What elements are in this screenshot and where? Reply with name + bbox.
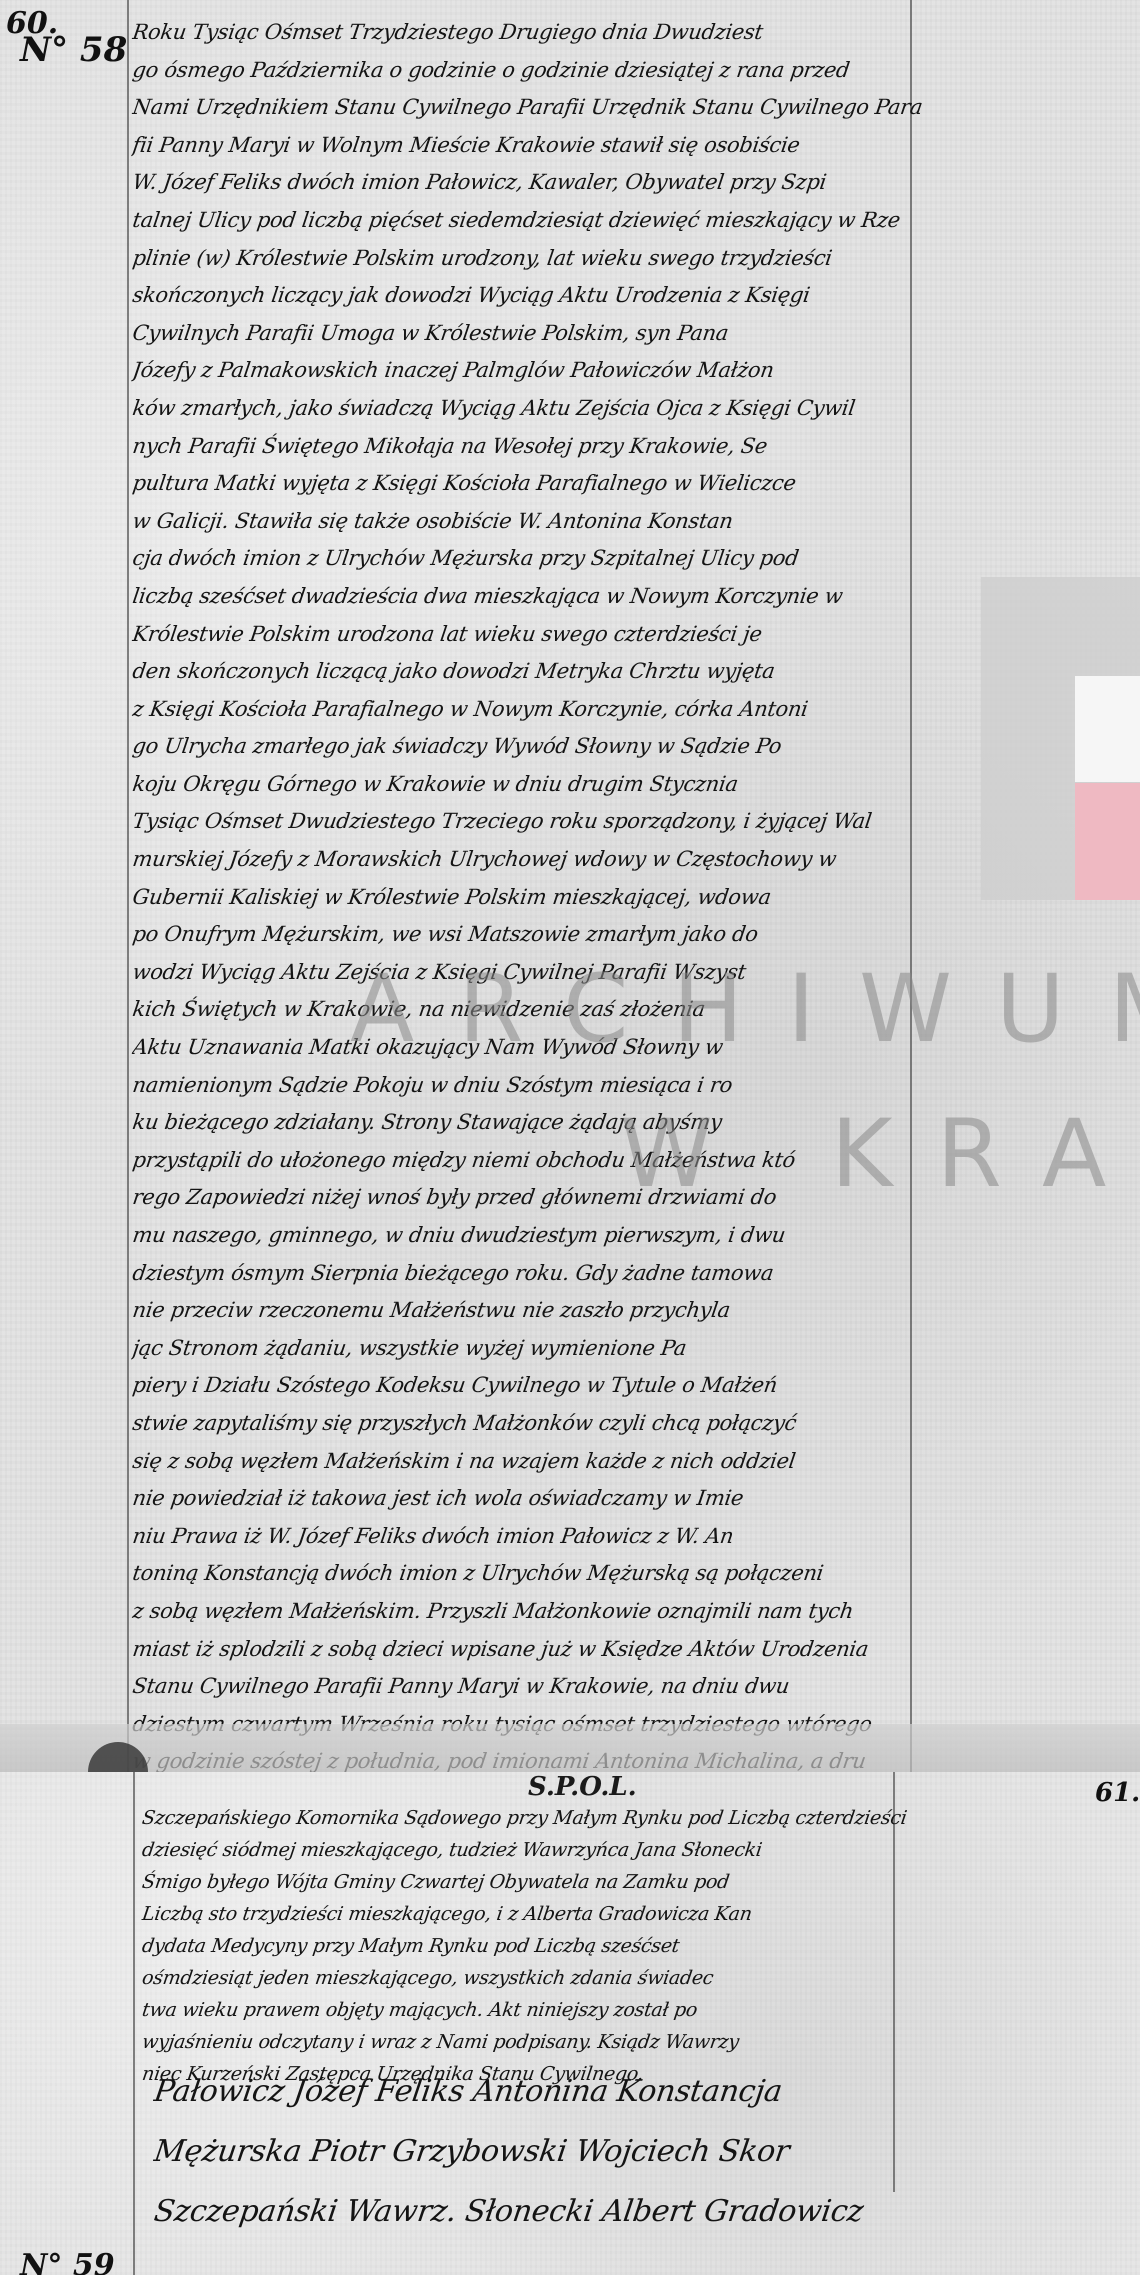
watermark-text-line2: W KRA [620,1100,1140,1209]
text-line: fii Panny Maryi w Wolnym Mieście Krakowi… [130,127,935,165]
text-line: z Księgi Kościoła Parafialnego w Nowym K… [130,691,935,729]
text-line: się z sobą węzłem Małżeńskim i na wzajem… [130,1443,935,1481]
text-line: ków zmarłych, jako świadczą Wyciąg Aktu … [130,390,935,428]
text-line: liczbą sześćset dwadzieścia dwa mieszkaj… [130,578,935,616]
left-margin-rule [133,1772,135,2275]
text-line: niu Prawa iż W. Józef Feliks dwóch imion… [130,1518,935,1556]
text-line: Józefy z Palmakowskich inaczej Palmglów … [130,352,935,390]
signature-line: Pałowicz Józef Feliks Antonina Konstancj… [150,2062,1018,2122]
text-line: dziesięć siódmej mieszkającego, tudzież … [140,1834,944,1866]
signatures-block: Pałowicz Józef Feliks Antonina Konstancj… [150,2062,1010,2242]
text-line: twa wieku prawem objęty mających. Akt ni… [140,1994,944,2026]
text-line: mu naszego, gminnego, w dniu dwudziestym… [130,1217,935,1255]
text-line: W. Józef Feliks dwóch imion Pałowicz, Ka… [130,164,935,202]
text-line: murskiej Józefy z Morawskich Ulrychowej … [130,841,935,879]
text-line: po Onufrym Mężurskim, we wsi Matszowie z… [130,916,935,954]
text-line: nie przeciw rzeczonemu Małżeństwu nie za… [130,1292,935,1330]
text-line: z sobą węzłem Małżeńskim. Przyszli Małżo… [130,1593,935,1631]
text-line: nych Parafii Świętego Mikołaja na Wesołe… [130,428,935,466]
scan-edge-shadow [0,1724,1140,1772]
text-line: pultura Matki wyjęta z Księgi Kościoła P… [130,465,935,503]
bottom-page-scan: 61. S.P.O.L. Szczepańskiego Komornika Są… [0,1772,1140,2275]
text-line: Królestwie Polskim urodzona lat wieku sw… [130,616,935,654]
text-line: Tysiąc Ośmset Dwudziestego Trzeciego rok… [130,803,935,841]
text-line: go Ulrycha zmarłego jak świadczy Wywód S… [130,728,935,766]
text-line: ośmdziesiąt jeden mieszkającego, wszystk… [140,1962,944,1994]
text-line: Nami Urzędnikiem Stanu Cywilnego Parafii… [130,89,935,127]
text-line: jąc Stronom żądaniu, wszystkie wyżej wym… [130,1330,935,1368]
text-line: stwie zapytaliśmy się przyszłych Małżonk… [130,1405,935,1443]
watermark-text-line1: ARCHIWUM [350,955,1140,1064]
left-margin-rule [127,0,129,1772]
text-line: miast iż splodzili z sobą dzieci wpisane… [130,1631,935,1669]
text-line: Roku Tysiąc Ośmset Trzydziestego Drugieg… [130,14,935,52]
text-line: Gubernii Kaliskiej w Królestwie Polskim … [130,879,935,917]
text-line: Śmigo byłego Wójta Gminy Czwartej Obywat… [140,1866,944,1898]
text-line: Szczepańskiego Komornika Sądowego przy M… [140,1802,944,1834]
text-line: dziestym ósmym Sierpnia bieżącego roku. … [130,1255,935,1293]
text-line: Cywilnych Parafii Umoga w Królestwie Pol… [130,315,935,353]
text-line: Stanu Cywilnego Parafii Panny Maryi w Kr… [130,1668,935,1706]
text-line: Liczbą sto trzydzieści mieszkającego, i … [140,1898,944,1930]
text-line: nie powiedział iż takowa jest ich wola o… [130,1480,935,1518]
text-line: toniną Konstancją dwóch imion z Ulrychów… [130,1555,935,1593]
next-entry-number: N° 59 [20,2248,115,2275]
text-line: piery i Działu Szóstego Kodeksu Cywilneg… [130,1367,935,1405]
text-line: namienionym Sądzie Pokoju w dniu Szóstym… [130,1067,935,1105]
annotation-mark: S.P.O.L. [528,1772,637,1802]
text-line: koju Okręgu Górnego w Krakowie w dniu dr… [130,766,935,804]
signature-line: Mężurska Piotr Grzybowski Wojciech Skor [150,2122,1018,2182]
entry-number: N° 58 [20,30,127,70]
watermark-logo-white-block [1075,676,1140,782]
signature-line: Szczepański Wawrz. Słonecki Albert Grado… [150,2182,1018,2242]
text-line: den skończonych liczącą jako dowodzi Met… [130,653,935,691]
text-line: dydata Medycyny przy Małym Rynku pod Lic… [140,1930,944,1962]
text-line: w Galicji. Stawiła się także osobiście W… [130,503,935,541]
text-line: talnej Ulicy pod liczbą pięćset siedemdz… [130,202,935,240]
handwritten-text-block: Szczepańskiego Komornika Sądowego przy M… [140,1802,940,2090]
folio-number: 61. [1095,1778,1140,1808]
text-line: skończonych liczący jak dowodzi Wyciąg A… [130,277,935,315]
watermark-logo-pink-block [1075,783,1140,900]
text-line: go ósmego Października o godzinie o godz… [130,52,935,90]
top-page-scan: 60. N° 58 Roku Tysiąc Ośmset Trzydzieste… [0,0,1140,1772]
text-line: plinie (w) Królestwie Polskim urodzony, … [130,240,935,278]
text-line: cja dwóch imion z Ulrychów Mężurska przy… [130,540,935,578]
text-line: wyjaśnieniu odczytany i wraz z Nami podp… [140,2026,944,2058]
handwritten-text-block: Roku Tysiąc Ośmset Trzydziestego Drugieg… [130,14,930,1772]
